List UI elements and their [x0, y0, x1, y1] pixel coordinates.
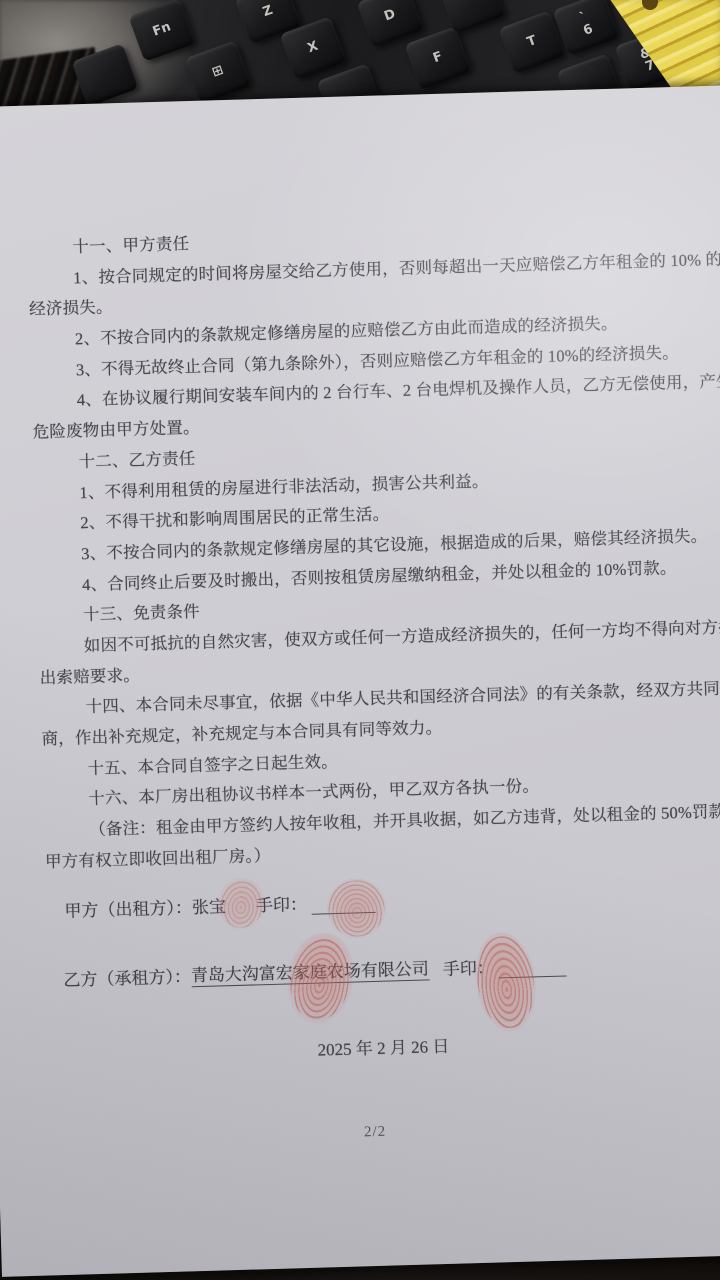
keyboard-key-F: F	[404, 26, 471, 90]
party-a-signature-row: 甲方（出租方）：张宝 手印：	[64, 888, 375, 922]
party-b-print-blank	[498, 956, 567, 978]
party-b-print-label: 手印：	[442, 954, 494, 980]
photo-scene: Fn⊞ZXDFT` 6& 7 十一、甲方责任1、按合同规定的时间将房屋交给乙方使…	[0, 0, 720, 1280]
party-b-name: 青岛大沟富宏家庭农场有限公司	[190, 954, 429, 987]
party-a-label: 甲方（出租方）：	[64, 893, 192, 922]
fingerprint-seal	[469, 929, 542, 1036]
party-a-name: 张宝	[192, 892, 227, 918]
contract-date: 2025 年 2 月 26 日	[317, 1032, 449, 1061]
page-number: 2/2	[364, 1124, 387, 1142]
contract-body: 十一、甲方责任1、按合同规定的时间将房屋交给乙方使用，否则每超出一天应赔偿乙方年…	[27, 214, 715, 877]
keyboard-key-⊞: ⊞	[184, 40, 251, 104]
party-a-print-blank	[311, 893, 376, 915]
party-b-label: 乙方（承租方）：	[63, 962, 191, 991]
contract-page: 十一、甲方责任1、按合同规定的时间将房屋交给乙方使用，否则每超出一天应赔偿乙方年…	[0, 85, 720, 1277]
party-a-print-label: 手印：	[256, 890, 308, 916]
party-b-signature-row: 乙方（承租方）：青岛大沟富宏家庭农场有限公司 手印：	[63, 950, 566, 990]
